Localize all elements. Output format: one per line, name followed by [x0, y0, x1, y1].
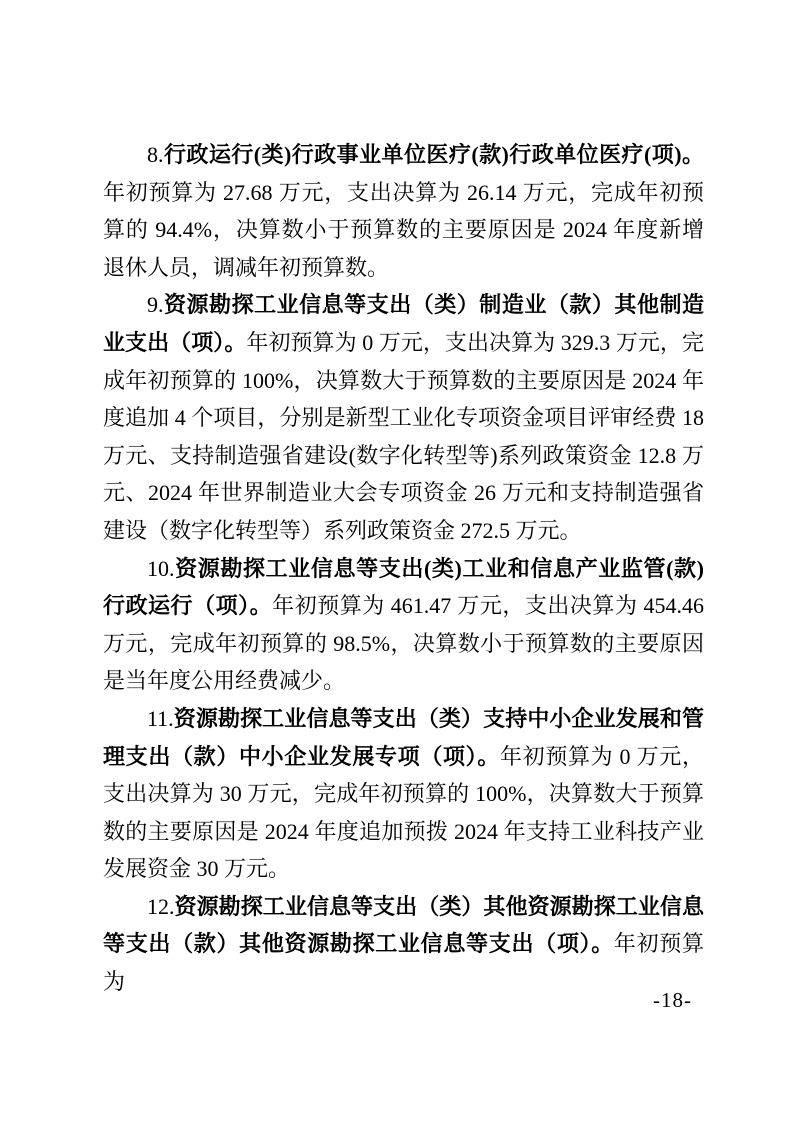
paragraph-12: 12.资源勘探工业信息等支出（类）其他资源勘探工业信息等支出（款）其他资源勘探工… — [103, 888, 704, 1001]
paragraph-10: 10.资源勘探工业信息等支出(类)工业和信息产业监管(款)行政运行（项）。年初预… — [103, 550, 704, 700]
paragraph-10-number: 10. — [147, 556, 175, 581]
paragraph-9: 9.资源勘探工业信息等支出（类）制造业（款）其他制造业支出（项）。年初预算为 0… — [103, 286, 704, 549]
paragraph-8-heading: 行政运行(类)行政事业单位医疗(款)行政单位医疗(项)。 — [164, 142, 705, 167]
paragraph-11: 11.资源勘探工业信息等支出（类）支持中小企业发展和管理支出（款）中小企业发展专… — [103, 700, 704, 888]
document-content: 8.行政运行(类)行政事业单位医疗(款)行政单位医疗(项)。年初预算为 27.6… — [103, 136, 704, 1001]
paragraph-9-number: 9. — [147, 292, 164, 317]
paragraph-8: 8.行政运行(类)行政事业单位医疗(款)行政单位医疗(项)。年初预算为 27.6… — [103, 136, 704, 286]
paragraph-11-number: 11. — [147, 706, 174, 731]
paragraph-8-body: 年初预算为 27.68 万元，支出决算为 26.14 万元，完成年初预算的 94… — [103, 180, 704, 280]
paragraph-12-number: 12. — [147, 894, 175, 919]
document-page: 8.行政运行(类)行政事业单位医疗(款)行政单位医疗(项)。年初预算为 27.6… — [0, 0, 793, 1122]
page-number: -18- — [653, 988, 692, 1012]
paragraph-9-body: 年初预算为 0 万元，支出决算为 329.3 万元，完成年初预算的 100%，决… — [103, 330, 704, 543]
paragraph-8-number: 8. — [147, 142, 164, 167]
